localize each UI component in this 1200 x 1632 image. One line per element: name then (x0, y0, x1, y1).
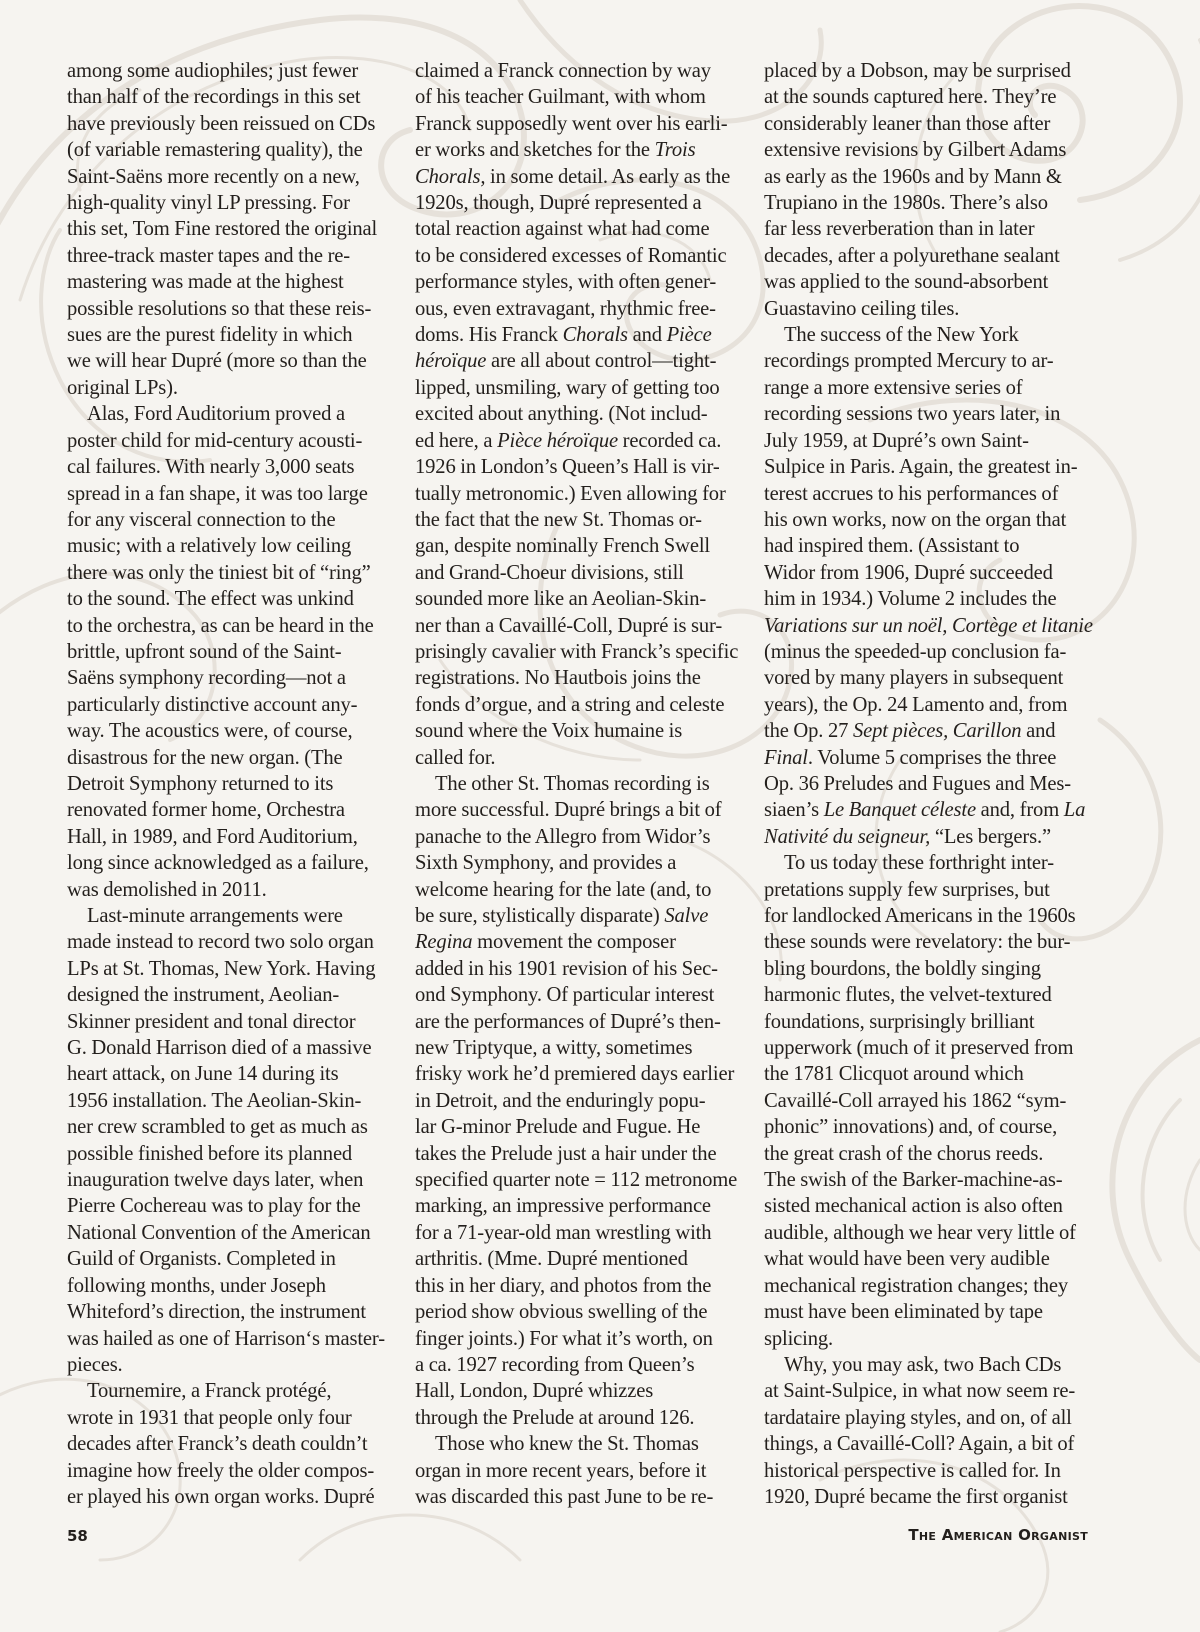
text-line: vored by many players in subsequent (764, 665, 1114, 691)
text-line: doms. His Franck Chorals and Pièce (415, 322, 765, 348)
text-line: have previously been reissued on CDs (67, 111, 407, 137)
text-line: spread in a fan shape, it was too large (67, 481, 407, 507)
text-line: period show obvious swelling of the (415, 1299, 765, 1325)
text-line: excited about anything. (Not includ- (415, 401, 765, 427)
text-line: what would have been very audible (764, 1246, 1114, 1272)
text-line: National Convention of the American (67, 1220, 407, 1246)
text-line: designed the instrument, Aeolian- (67, 982, 407, 1008)
text-line: gan, despite nominally French Swell (415, 533, 765, 559)
text-run: three-track master tapes and the re- (67, 245, 350, 267)
text-line: ed here, a Pièce héroïque recorded ca. (415, 428, 765, 454)
text-run: far less reverberation than in later (764, 218, 1034, 240)
text-run: Saint-Saëns more recently on a new, (67, 166, 360, 188)
text-line: July 1959, at Dupré’s own Saint- (764, 428, 1114, 454)
text-run: Hall, in 1989, and Ford Auditorium, (67, 826, 358, 848)
text-line: organ in more recent years, before it (415, 1458, 765, 1484)
text-run: Sulpice in Paris. Again, the greatest in… (764, 456, 1077, 478)
text-line: be sure, stylistically disparate) Salve (415, 903, 765, 929)
text-line: heart attack, on June 14 during its (67, 1061, 407, 1087)
paragraph-first-line: Tournemire, a Franck protégé, (67, 1378, 407, 1404)
text-run: and Grand-Choeur divisions, still (415, 562, 684, 584)
text-line: siaen’s Le Banquet céleste and, from La (764, 797, 1114, 823)
text-run: G. Donald Harrison died of a massive (67, 1037, 372, 1059)
text-run: placed by a Dobson, may be surprised (764, 60, 1071, 82)
text-run: The other St. Thomas recording is (435, 773, 710, 795)
text-line: sounded more like an Aeolian-Skin- (415, 586, 765, 612)
text-run: was discarded this past June to be re- (415, 1486, 713, 1508)
text-line: disastrous for the new organ. (The (67, 745, 407, 771)
text-run: tardataire playing styles, and on, of al… (764, 1407, 1072, 1429)
italic-title: héroïque (415, 350, 486, 372)
text-line: decades, after a polyurethane sealant (764, 243, 1114, 269)
text-run: Last-minute arrangements were (87, 905, 343, 927)
text-run: Those who knew the St. Thomas (435, 1433, 699, 1455)
text-run: mechanical registration changes; they (764, 1275, 1068, 1297)
text-run: be sure, stylistically disparate) (415, 905, 664, 927)
text-line: sound where the Voix humaine is (415, 718, 765, 744)
text-run: Guild of Organists. Completed in (67, 1248, 336, 1270)
text-line: inauguration twelve days later, when (67, 1167, 407, 1193)
text-run: registrations. No Hautbois joins the (415, 667, 701, 689)
text-line: through the Prelude at around 126. (415, 1405, 765, 1431)
text-run: as early as the 1960s and by Mann & (764, 166, 1062, 188)
text-line: Variations sur un noël, Cortège et litan… (764, 613, 1114, 639)
text-run: lar G-minor Prelude and Fugue. He (415, 1116, 700, 1138)
text-run: had inspired them. (Assistant to (764, 535, 1019, 557)
text-line: Op. 36 Preludes and Fugues and Mes- (764, 771, 1114, 797)
text-run: historical perspective is called for. In (764, 1460, 1061, 1482)
text-line: prisingly cavalier with Franck’s specifi… (415, 639, 765, 665)
text-line: range a more extensive series of (764, 375, 1114, 401)
text-line: registrations. No Hautbois joins the (415, 665, 765, 691)
text-line: placed by a Dobson, may be surprised (764, 58, 1114, 84)
text-line: the great crash of the chorus reeds. (764, 1141, 1114, 1167)
italic-title: Pièce héroïque (497, 430, 618, 452)
text-run: ed here, a (415, 430, 497, 452)
text-run: 1920s, though, Dupré represented a (415, 192, 702, 214)
text-line: are the performances of Dupré’s then- (415, 1009, 765, 1035)
paragraph-first-line: Those who knew the St. Thomas (415, 1431, 765, 1457)
text-line: ner crew scrambled to get as much as (67, 1114, 407, 1140)
italic-title: Pièce (667, 324, 712, 346)
text-run: (minus the speeded-up conclusion fa- (764, 641, 1066, 663)
text-line: 1956 installation. The Aeolian-Skin- (67, 1088, 407, 1114)
text-run: Cavaillé-Coll arrayed his 1862 “sym- (764, 1090, 1066, 1112)
text-line: Detroit Symphony returned to its (67, 771, 407, 797)
text-run: range a more extensive series of (764, 377, 1022, 399)
text-run: his own works, now on the organ that (764, 509, 1066, 531)
text-line: sues are the purest fidelity in which (67, 322, 407, 348)
text-line: arthritis. (Mme. Dupré mentioned (415, 1246, 765, 1272)
text-line: 1920s, though, Dupré represented a (415, 190, 765, 216)
text-run: welcome hearing for the late (and, to (415, 879, 711, 901)
text-run: er works and sketches for the (415, 139, 655, 161)
text-line: him in 1934.) Volume 2 includes the (764, 586, 1114, 612)
text-line: claimed a Franck connection by way (415, 58, 765, 84)
text-line: frisky work he’d premiered days earlier (415, 1061, 765, 1087)
italic-title: Final (764, 747, 808, 769)
text-run: sound where the Voix humaine is (415, 720, 682, 742)
text-line: harmonic flutes, the velvet-textured (764, 982, 1114, 1008)
text-line: was hailed as one of Harrison‘s master- (67, 1326, 407, 1352)
text-line: (minus the speeded-up conclusion fa- (764, 639, 1114, 665)
text-line: there was only the tiniest bit of “ring” (67, 560, 407, 586)
text-run: organ in more recent years, before it (415, 1460, 706, 1482)
text-line: renovated former home, Orchestra (67, 797, 407, 823)
text-run: Hall, London, Dupré whizzes (415, 1380, 653, 1402)
text-run: a ca. 1927 recording from Queen’s (415, 1354, 694, 1376)
text-run: harmonic flutes, the velvet-textured (764, 984, 1052, 1006)
text-run: excited about anything. (Not includ- (415, 403, 708, 425)
text-run: through the Prelude at around 126. (415, 1407, 694, 1429)
text-run: decades, after a polyurethane sealant (764, 245, 1060, 267)
text-line: héroïque are all about control—tight- (415, 348, 765, 374)
magazine-page: among some audiophiles; just fewerthan h… (0, 0, 1200, 1632)
text-run: called for. (415, 747, 495, 769)
text-run: long since acknowledged as a failure, (67, 852, 369, 874)
magazine-title-footer: The American Organist (908, 1526, 1088, 1544)
text-run: tually metronomic.) Even allowing for (415, 483, 726, 505)
text-line: original LPs). (67, 375, 407, 401)
text-line: terest accrues to his performances of (764, 481, 1114, 507)
text-run: the fact that the new St. Thomas or- (415, 509, 702, 531)
text-line: 1920, Dupré became the first organist (764, 1484, 1114, 1510)
text-run: considerably leaner than those after (764, 113, 1050, 135)
text-run: Why, you may ask, two Bach CDs (784, 1354, 1061, 1376)
text-run: The swish of the Barker-machine-as- (764, 1169, 1063, 1191)
text-run: specified quarter note = 112 metronome (415, 1169, 737, 1191)
text-run: cal failures. With nearly 3,000 seats (67, 456, 354, 478)
text-run: siaen’s (764, 799, 824, 821)
text-run: ond Symphony. Of particular interest (415, 984, 714, 1006)
text-run: sues are the purest fidelity in which (67, 324, 352, 346)
text-line: mechanical registration changes; they (764, 1273, 1114, 1299)
text-run: “Les bergers.” (930, 826, 1051, 848)
text-line: er played his own organ works. Dupré (67, 1484, 407, 1510)
text-run: gan, despite nominally French Swell (415, 535, 710, 557)
text-line: foundations, surprisingly brilliant (764, 1009, 1114, 1035)
text-run: at Saint-Sulpice, in what now seem re- (764, 1380, 1075, 1402)
text-line: specified quarter note = 112 metronome (415, 1167, 765, 1193)
text-line: far less reverberation than in later (764, 216, 1114, 242)
text-run: LPs at St. Thomas, New York. Having (67, 958, 375, 980)
text-line: for landlocked Americans in the 1960s (764, 903, 1114, 929)
text-run: marking, an impressive performance (415, 1195, 711, 1217)
text-line: way. The acoustics were, of course, (67, 718, 407, 744)
text-run: way. The acoustics were, of course, (67, 720, 352, 742)
text-run: there was only the tiniest bit of “ring” (67, 562, 371, 584)
text-run: was applied to the sound-absorbent (764, 271, 1048, 293)
text-run: performance styles, with often gener- (415, 271, 716, 293)
text-line: audible, although we hear very little of (764, 1220, 1114, 1246)
text-line: bling bourdons, the boldly singing (764, 956, 1114, 982)
text-run: have previously been reissued on CDs (67, 113, 375, 135)
text-line: welcome hearing for the late (and, to (415, 877, 765, 903)
text-line: Hall, London, Dupré whizzes (415, 1378, 765, 1404)
text-line: mastering was made at the highest (67, 269, 407, 295)
text-run: in some detail. As early as the (485, 166, 730, 188)
text-run: recordings prompted Mercury to ar- (764, 350, 1054, 372)
text-line: er works and sketches for the Trois (415, 137, 765, 163)
text-line: this set, Tom Fine restored the original (67, 216, 407, 242)
text-line: G. Donald Harrison died of a massive (67, 1035, 407, 1061)
text-line: the fact that the new St. Thomas or- (415, 507, 765, 533)
text-line: Franck supposedly went over his earli- (415, 111, 765, 137)
text-run: doms. His Franck (415, 324, 563, 346)
text-run: vored by many players in subsequent (764, 667, 1063, 689)
text-line: Regina movement the composer (415, 929, 765, 955)
text-line: was discarded this past June to be re- (415, 1484, 765, 1510)
text-run: we will hear Dupré (more so than the (67, 350, 367, 372)
text-line: three-track master tapes and the re- (67, 243, 407, 269)
text-line: following months, under Joseph (67, 1273, 407, 1299)
text-run: high-quality vinyl LP pressing. For (67, 192, 350, 214)
text-line: in Detroit, and the enduringly popu- (415, 1088, 765, 1114)
text-line: at Saint-Sulpice, in what now seem re- (764, 1378, 1114, 1404)
text-line: high-quality vinyl LP pressing. For (67, 190, 407, 216)
text-line: new Triptyque, a witty, sometimes (415, 1035, 765, 1061)
text-run: of his teacher Guilmant, with whom (415, 86, 706, 108)
text-line: Chorals, in some detail. As early as the (415, 164, 765, 190)
text-run: 1926 in London’s Queen’s Hall is vir- (415, 456, 720, 478)
text-line: the Op. 27 Sept pièces, Carillon and (764, 718, 1114, 744)
text-line: sisted mechanical action is also often (764, 1193, 1114, 1219)
text-run: possible resolutions so that these reis- (67, 298, 371, 320)
text-run: what would have been very audible (764, 1248, 1050, 1270)
text-run: Tournemire, a Franck protégé, (87, 1380, 331, 1402)
text-run: imagine how freely the older compos- (67, 1460, 374, 1482)
italic-title: La (1064, 799, 1085, 821)
text-line: possible resolutions so that these reis- (67, 296, 407, 322)
text-line: takes the Prelude just a hair under the (415, 1141, 765, 1167)
text-line: to be considered excesses of Romantic (415, 243, 765, 269)
text-run: movement the composer (472, 931, 675, 953)
paragraph-first-line: Why, you may ask, two Bach CDs (764, 1352, 1114, 1378)
text-line: considerably leaner than those after (764, 111, 1114, 137)
text-run: . Volume 5 comprises the three (808, 747, 1056, 769)
text-line: Cavaillé-Coll arrayed his 1862 “sym- (764, 1088, 1114, 1114)
text-line: marking, an impressive performance (415, 1193, 765, 1219)
text-line: Guastavino ceiling tiles. (764, 296, 1114, 322)
text-run: pretations supply few surprises, but (764, 879, 1050, 901)
text-run: finger joints.) For what it’s worth, on (415, 1328, 713, 1350)
text-run: Detroit Symphony returned to its (67, 773, 333, 795)
text-run: disastrous for the new organ. (The (67, 747, 343, 769)
text-run: to the sound. The effect was unkind (67, 588, 354, 610)
text-run: pieces. (67, 1354, 123, 1376)
text-run: takes the Prelude just a hair under the (415, 1143, 716, 1165)
text-run: designed the instrument, Aeolian- (67, 984, 339, 1006)
text-run: this set, Tom Fine restored the original (67, 218, 377, 240)
text-line: made instead to record two solo organ (67, 929, 407, 955)
text-run: than half of the recordings in this set (67, 86, 360, 108)
text-line: added in his 1901 revision of his Sec- (415, 956, 765, 982)
italic-title: Trois (655, 139, 696, 161)
text-run: recorded ca. (618, 430, 721, 452)
text-line: possible finished before its planned (67, 1141, 407, 1167)
text-line: of his teacher Guilmant, with whom (415, 84, 765, 110)
text-run: following months, under Joseph (67, 1275, 326, 1297)
text-run: for landlocked Americans in the 1960s (764, 905, 1076, 927)
text-run: spread in a fan shape, it was too large (67, 483, 368, 505)
text-run: the 1781 Clicquot around which (764, 1063, 1024, 1085)
text-line: recording sessions two years later, in (764, 401, 1114, 427)
text-run: audible, although we hear very little of (764, 1222, 1076, 1244)
text-run: er played his own organ works. Dupré (67, 1486, 375, 1508)
text-run: prisingly cavalier with Franck’s specifi… (415, 641, 738, 663)
text-run: ous, even extravagant, rhythmic free- (415, 298, 716, 320)
text-line: ond Symphony. Of particular interest (415, 982, 765, 1008)
text-line: more successful. Dupré brings a bit of (415, 797, 765, 823)
text-run: Skinner president and tonal director (67, 1011, 356, 1033)
paragraph-first-line: Last-minute arrangements were (67, 903, 407, 929)
text-run: Saëns symphony recording—not a (67, 667, 346, 689)
text-run: renovated former home, Orchestra (67, 799, 345, 821)
text-run: panache to the Allegro from Widor’s (415, 826, 710, 848)
text-line: music; with a relatively low ceiling (67, 533, 407, 559)
text-run: heart attack, on June 14 during its (67, 1063, 338, 1085)
text-run: foundations, surprisingly brilliant (764, 1011, 1034, 1033)
text-line: cal failures. With nearly 3,000 seats (67, 454, 407, 480)
text-line: performance styles, with often gener- (415, 269, 765, 295)
text-line: fonds d’orgue, and a string and celeste (415, 692, 765, 718)
text-run: new Triptyque, a witty, sometimes (415, 1037, 692, 1059)
text-line: 1926 in London’s Queen’s Hall is vir- (415, 454, 765, 480)
text-line: Saëns symphony recording—not a (67, 665, 407, 691)
text-run: claimed a Franck connection by way (415, 60, 711, 82)
text-line: brittle, upfront sound of the Saint- (67, 639, 407, 665)
text-run: decades after Franck’s death couldn’t (67, 1433, 368, 1455)
text-line: Widor from 1906, Dupré succeeded (764, 560, 1114, 586)
text-line: for any visceral connection to the (67, 507, 407, 533)
text-line: upperwork (much of it preserved from (764, 1035, 1114, 1061)
text-line: and Grand-Choeur divisions, still (415, 560, 765, 586)
italic-title: Le Banquet céleste (824, 799, 976, 821)
text-run: original LPs). (67, 377, 178, 399)
text-run: brittle, upfront sound of the Saint- (67, 641, 342, 663)
text-line: was applied to the sound-absorbent (764, 269, 1114, 295)
text-line: these sounds were revelatory: the bur- (764, 929, 1114, 955)
text-line: lipped, unsmiling, wary of getting too (415, 375, 765, 401)
text-line: Sixth Symphony, and provides a (415, 850, 765, 876)
text-run: recording sessions two years later, in (764, 403, 1060, 425)
text-run: the great crash of the chorus reeds. (764, 1143, 1043, 1165)
text-run: him in 1934.) Volume 2 includes the (764, 588, 1057, 610)
text-line: tually metronomic.) Even allowing for (415, 481, 765, 507)
text-run: particularly distinctive account any- (67, 694, 357, 716)
text-line: to the sound. The effect was unkind (67, 586, 407, 612)
text-line: poster child for mid-century acousti- (67, 428, 407, 454)
text-run: made instead to record two solo organ (67, 931, 374, 953)
text-run: and, from (976, 799, 1064, 821)
text-run: poster child for mid-century acousti- (67, 430, 362, 452)
text-run: added in his 1901 revision of his Sec- (415, 958, 718, 980)
text-line: ous, even extravagant, rhythmic free- (415, 296, 765, 322)
paragraph-first-line: The other St. Thomas recording is (415, 771, 765, 797)
text-line: to the orchestra, as can be heard in the (67, 613, 407, 639)
text-run: Whiteford’s direction, the instrument (67, 1301, 366, 1323)
text-run: Franck supposedly went over his earli- (415, 113, 728, 135)
italic-title: Chorals (563, 324, 628, 346)
text-line: LPs at St. Thomas, New York. Having (67, 956, 407, 982)
text-run: sounded more like an Aeolian-Skin- (415, 588, 706, 610)
text-run: and (1021, 720, 1055, 742)
text-line: Guild of Organists. Completed in (67, 1246, 407, 1272)
text-column-1: among some audiophiles; just fewerthan h… (67, 58, 407, 1510)
text-run: to be considered excesses of Romantic (415, 245, 726, 267)
text-line: had inspired them. (Assistant to (764, 533, 1114, 559)
text-line: extensive revisions by Gilbert Adams (764, 137, 1114, 163)
text-run: was demolished in 2011. (67, 879, 267, 901)
italic-title: Sept pièces, Carillon (853, 720, 1021, 742)
text-run: Sixth Symphony, and provides a (415, 852, 676, 874)
text-line: (of variable remastering quality), the (67, 137, 407, 163)
text-run: Widor from 1906, Dupré succeeded (764, 562, 1053, 584)
text-run: possible finished before its planned (67, 1143, 352, 1165)
italic-title: Nativité du seigneur, (764, 826, 930, 848)
text-run: things, a Cavaillé-Coll? Again, a bit of (764, 1433, 1074, 1455)
text-run: period show obvious swelling of the (415, 1301, 707, 1323)
text-line: we will hear Dupré (more so than the (67, 348, 407, 374)
text-line: as early as the 1960s and by Mann & (764, 164, 1114, 190)
text-run: lipped, unsmiling, wary of getting too (415, 377, 720, 399)
text-run: upperwork (much of it preserved from (764, 1037, 1073, 1059)
text-line: was demolished in 2011. (67, 877, 407, 903)
text-line: splicing. (764, 1326, 1114, 1352)
text-line: Sulpice in Paris. Again, the greatest in… (764, 454, 1114, 480)
text-line: pretations supply few surprises, but (764, 877, 1114, 903)
text-line: Whiteford’s direction, the instrument (67, 1299, 407, 1325)
text-line: things, a Cavaillé-Coll? Again, a bit of (764, 1431, 1114, 1457)
text-line: recordings prompted Mercury to ar- (764, 348, 1114, 374)
text-run: for any visceral connection to the (67, 509, 335, 531)
text-column-2: claimed a Franck connection by wayof his… (415, 58, 765, 1510)
text-run: for a 71-year-old man wrestling with (415, 1222, 711, 1244)
text-run: and (628, 324, 667, 346)
text-run: terest accrues to his performances of (764, 483, 1058, 505)
text-run: this in her diary, and photos from the (415, 1275, 711, 1297)
text-run: (of variable remastering quality), the (67, 139, 363, 161)
text-line: finger joints.) For what it’s worth, on (415, 1326, 765, 1352)
text-run: total reaction against what had come (415, 218, 709, 240)
text-line: for a 71-year-old man wrestling with (415, 1220, 765, 1246)
text-run: are the performances of Dupré’s then- (415, 1011, 721, 1033)
text-line: his own works, now on the organ that (764, 507, 1114, 533)
text-line: lar G-minor Prelude and Fugue. He (415, 1114, 765, 1140)
text-run: 1956 installation. The Aeolian-Skin- (67, 1090, 361, 1112)
text-run: Trupiano in the 1980s. There’s also (764, 192, 1048, 214)
text-run: Guastavino ceiling tiles. (764, 298, 959, 320)
italic-title: Variations sur un noël, Cortège et litan… (764, 615, 1093, 637)
text-run: years), the Op. 24 Lamento and, from (764, 694, 1067, 716)
text-run: are all about control—tight- (486, 350, 716, 372)
text-run: phonic” innovations) and, of course, (764, 1116, 1057, 1138)
text-run: at the sounds captured here. They’re (764, 86, 1056, 108)
text-run: extensive revisions by Gilbert Adams (764, 139, 1066, 161)
text-run: fonds d’orgue, and a string and celeste (415, 694, 724, 716)
text-line: tardataire playing styles, and on, of al… (764, 1405, 1114, 1431)
text-line: The swish of the Barker-machine-as- (764, 1167, 1114, 1193)
text-run: these sounds were revelatory: the bur- (764, 931, 1070, 953)
text-line: wrote in 1931 that people only four (67, 1405, 407, 1431)
text-line: Saint-Saëns more recently on a new, (67, 164, 407, 190)
text-line: imagine how freely the older compos- (67, 1458, 407, 1484)
text-run: ner crew scrambled to get as much as (67, 1116, 368, 1138)
text-run: frisky work he’d premiered days earlier (415, 1063, 734, 1085)
text-column-3: placed by a Dobson, may be surprisedat t… (764, 58, 1114, 1510)
text-run: To us today these forthright inter- (784, 852, 1054, 874)
text-line: ner than a Cavaillé-Coll, Dupré is sur- (415, 613, 765, 639)
